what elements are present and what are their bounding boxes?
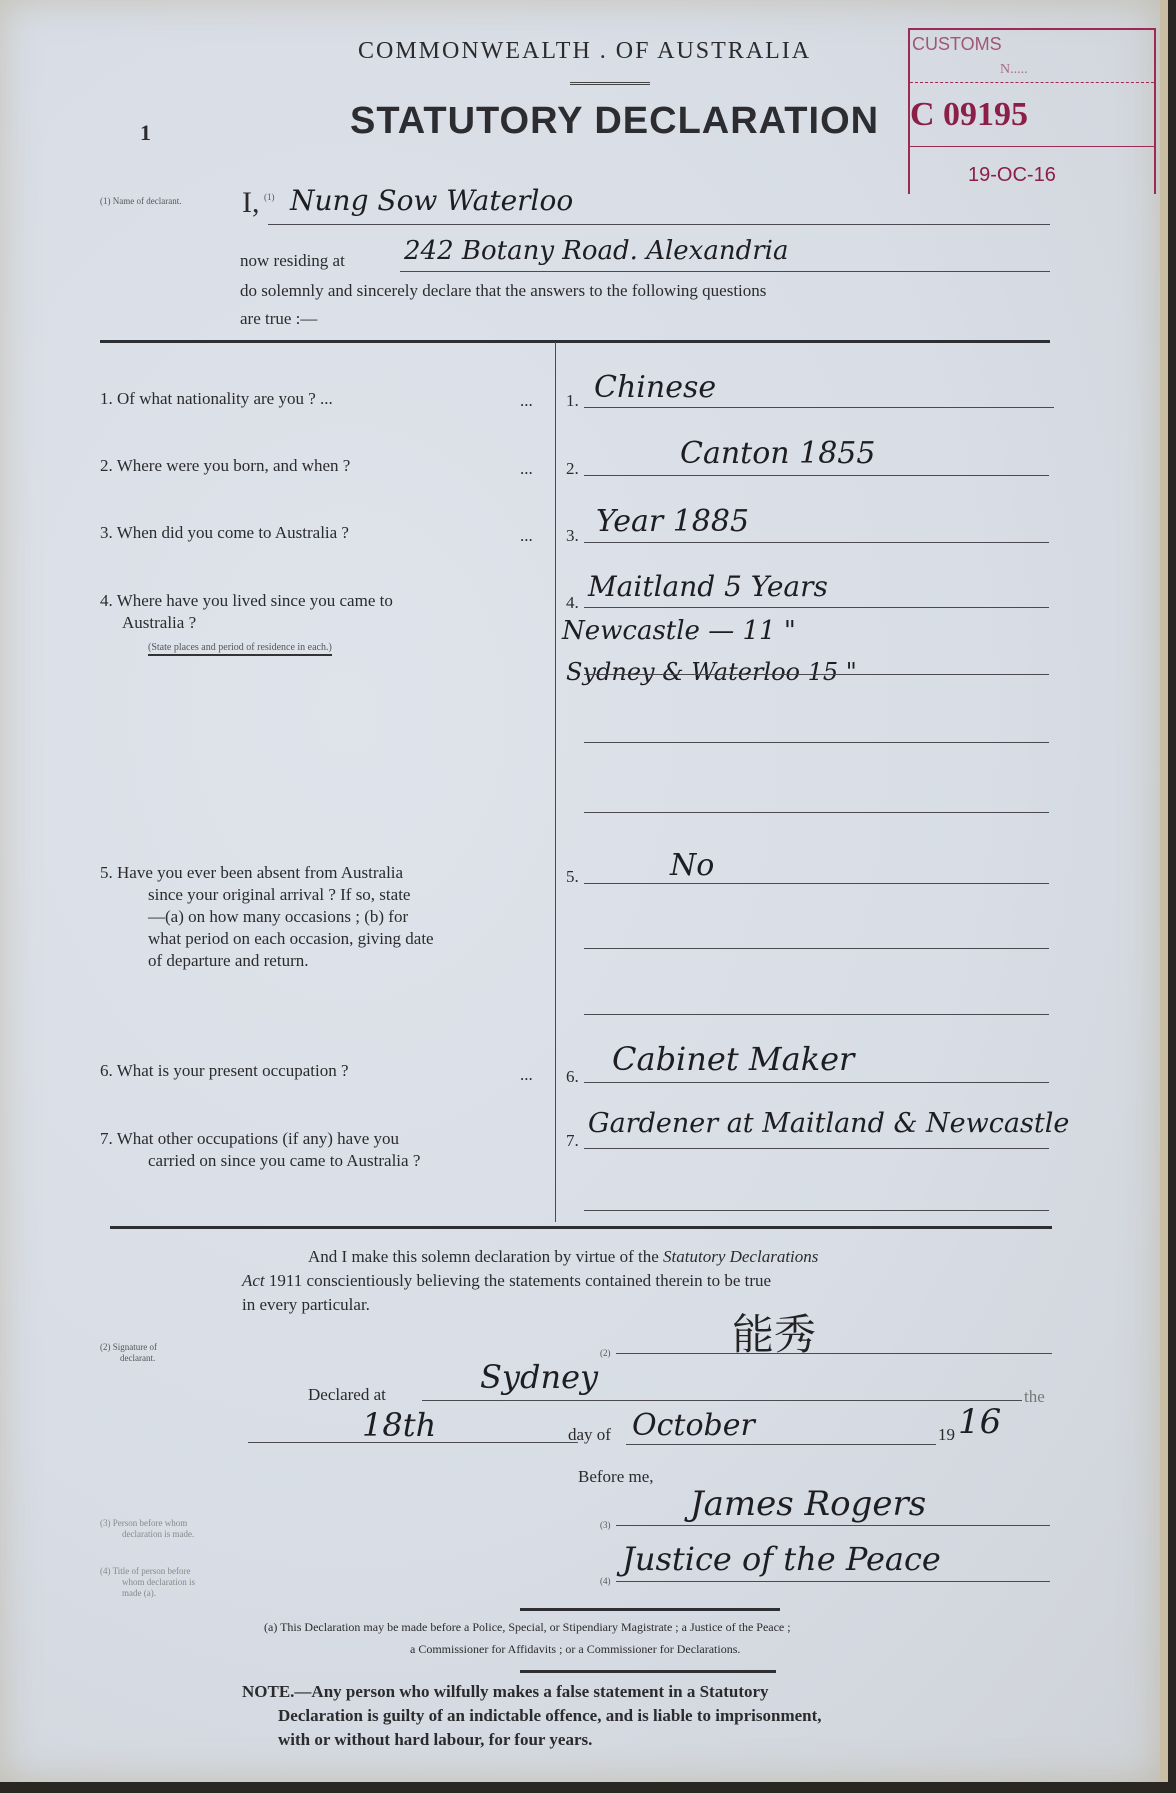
solemn-line-3: in every particular.: [242, 1294, 370, 1315]
stamp-sub-text: N.....: [1000, 62, 1028, 78]
footnote-line-2: a Commissioner for Affidavits ; or a Com…: [410, 1642, 740, 1657]
witness-name[interactable]: James Rogers: [690, 1484, 926, 1524]
stamp-date: 19-OC-16: [968, 164, 1056, 187]
declarant-margin-label: (1) Name of declarant.: [100, 196, 181, 207]
corner-mark: 1: [140, 120, 151, 146]
declarant-intro: I,: [242, 186, 260, 220]
question-7: 7. What other occupations (if any) have …: [100, 1128, 399, 1149]
question-1: 1. Of what nationality are you ? ...: [100, 388, 333, 409]
solemn-line-1: And I make this solemn declaration by vi…: [308, 1246, 818, 1267]
witness-title[interactable]: Justice of the Peace: [622, 1540, 941, 1578]
answer-nationality[interactable]: Chinese: [594, 370, 716, 405]
header-rule: [570, 82, 650, 85]
signature-margin-label: (2) Signature ofdeclarant.: [100, 1342, 157, 1364]
note-line-1: NOTE.—Any person who wilfully makes a fa…: [242, 1682, 769, 1702]
answer-occupation[interactable]: Cabinet Maker: [612, 1040, 854, 1078]
stamp-number: C 09195: [910, 96, 1028, 134]
declared-at-label: Declared at: [308, 1384, 386, 1405]
declared-year[interactable]: 16: [958, 1402, 1001, 1442]
declare-text: do solemnly and sincerely declare that t…: [240, 280, 766, 301]
answer-other-occupations[interactable]: Gardener at Maitland & Newcastle: [588, 1108, 1069, 1139]
question-6: 6. What is your present occupation ?: [100, 1060, 349, 1081]
note-line-3: with or without hard labour, for four ye…: [278, 1730, 592, 1750]
declarant-name[interactable]: Nung Sow Waterloo: [290, 184, 573, 217]
solemn-line-2: Act 1911 conscientiously believing the s…: [242, 1270, 771, 1291]
declared-month[interactable]: October: [632, 1408, 755, 1443]
note-line-2: Declaration is guilty of an indictable o…: [278, 1706, 822, 1726]
question-3: 3. When did you come to Australia ?: [100, 522, 349, 543]
footnote-line-1: (a) This Declaration may be made before …: [264, 1620, 791, 1635]
declared-day[interactable]: 18th: [362, 1406, 436, 1444]
witness-margin-label: (3) Person before whomdeclaration is mad…: [100, 1518, 194, 1540]
declarant-marker: (1): [264, 192, 275, 203]
before-me-label: Before me,: [578, 1466, 654, 1487]
declare-text-2: are true :—: [240, 308, 317, 329]
declaration-page: 1 COMMONWEALTH . OF AUSTRALIA STATUTORY …: [0, 0, 1168, 1782]
commonwealth-heading: COMMONWEALTH . OF AUSTRALIA: [358, 38, 811, 65]
question-4-note: (State places and period of residence in…: [148, 642, 332, 656]
answer-arrival[interactable]: Year 1885: [596, 504, 749, 539]
answer-birthplace[interactable]: Canton 1855: [680, 436, 875, 471]
answer-residence-1[interactable]: Maitland 5 Years: [588, 570, 828, 603]
column-divider: [555, 342, 556, 1222]
declarant-address[interactable]: 242 Botany Road. Alexandria: [404, 236, 788, 266]
residing-label: now residing at: [240, 250, 345, 271]
stamp-top-text: CUSTOMS: [912, 34, 1002, 55]
witness-title-margin-label: (4) Title of person beforewhom declarati…: [100, 1566, 195, 1599]
question-4: 4. Where have you lived since you came t…: [100, 590, 393, 611]
declared-place[interactable]: Sydney: [480, 1358, 598, 1396]
question-2: 2. Where were you born, and when ?: [100, 455, 350, 476]
answer-absence[interactable]: No: [670, 848, 714, 883]
question-5: 5. Have you ever been absent from Austra…: [100, 862, 403, 883]
answer-residence-3[interactable]: Sydney & Waterloo 15 ": [566, 658, 857, 686]
page-title: STATUTORY DECLARATION: [350, 100, 879, 143]
answer-residence-2[interactable]: Newcastle — 11 ": [562, 616, 796, 646]
